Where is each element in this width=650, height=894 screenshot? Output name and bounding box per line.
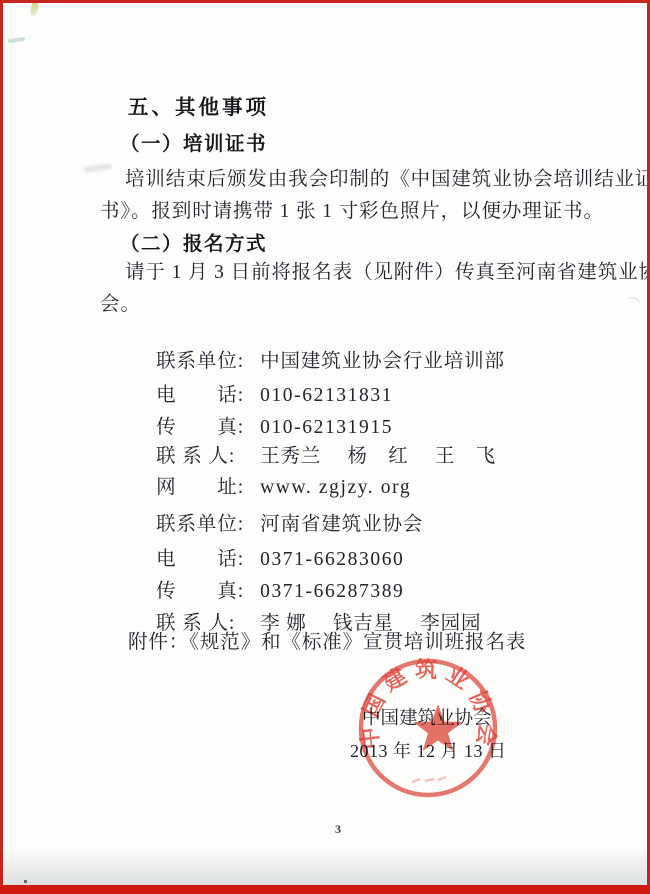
page-number: 3 bbox=[330, 822, 346, 836]
star-icon bbox=[413, 704, 462, 751]
scan-artifact-smudge bbox=[84, 163, 113, 172]
scan-artifact-teal-mark bbox=[8, 37, 25, 43]
scanned-document-page: 五、其他事项 （一）培训证书 培训结束后颁发由我会印制的《中国建筑业协会培训结业… bbox=[0, 0, 650, 894]
scan-artifact-speck bbox=[24, 880, 27, 883]
seal-bottom-marks bbox=[412, 777, 446, 782]
official-seal: 中国建筑业协会 bbox=[346, 646, 510, 810]
sub-heading-2: （二）报名方式 bbox=[120, 233, 267, 256]
scan-artifact-crease bbox=[624, 295, 642, 312]
sub-heading-1: （一）培训证书 bbox=[120, 133, 267, 156]
paragraph-1-line-1: 培训结束后颁发由我会印制的《中国建筑业协会培训结业证 bbox=[125, 168, 650, 191]
paragraph-2-line-1: 请于 1 月 3 日前将报名表（见附件）传真至河南省建筑业协 bbox=[125, 261, 650, 284]
paragraph-2-line-2: 会。 bbox=[100, 293, 141, 316]
scan-border-bottom bbox=[0, 885, 650, 894]
paragraph-1-line-2: 书》。报到时请携带 1 张 1 寸彩色照片，以便办理证书。 bbox=[100, 200, 604, 223]
scan-shadow-band bbox=[0, 846, 650, 885]
scan-artifact-streak bbox=[29, 0, 39, 17]
section-heading: 五、其他事项 bbox=[128, 96, 269, 121]
